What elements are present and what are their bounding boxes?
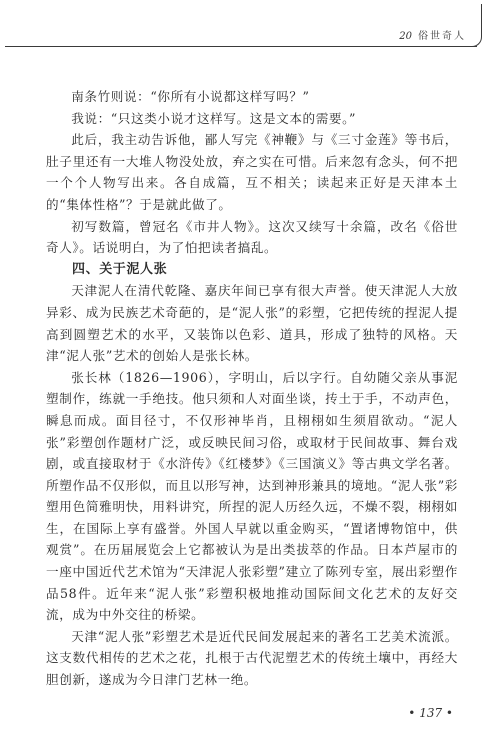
header-rule	[5, 46, 477, 47]
paragraph: 南条竹则说：“你所有小说都这样写吗？”	[46, 86, 458, 108]
book-title: 俗世奇人	[418, 31, 466, 42]
running-head: 20俗世奇人	[399, 27, 466, 42]
paragraph: 天津泥人在清代乾隆、嘉庆年间已享有很大声誉。使天津泥人大放异彩、成为民族艺术奇葩…	[46, 280, 458, 366]
page-number: • 137 •	[0, 706, 500, 720]
paragraph: 张长林（1826—1906），字明山，后以字行。自幼随父亲从事泥塑制作，练就一手…	[46, 367, 458, 626]
chapter-number: 20	[399, 31, 412, 42]
paragraph: 此后，我主动告诉他，鄙人写完《神鞭》与《三寸金莲》等书后，肚子里还有一大堆人物没…	[46, 129, 458, 215]
page-body: 南条竹则说：“你所有小说都这样写吗？” 我说：“只这类小说才这样写。这是文本的需…	[46, 86, 458, 691]
header-corner-rule	[465, 4, 482, 47]
section-heading: 四、关于泥人张	[46, 259, 458, 281]
paragraph: 我说：“只这类小说才这样写。这是文本的需要。”	[46, 108, 458, 130]
paragraph: 初写数篇，曾冠名《市井人物》。这次又续写十余篇，改名《俗世奇人》。话说明白，为了…	[46, 216, 458, 259]
paragraph: 天津“泥人张”彩塑艺术是近代民间发展起来的著名工艺美术流派。这支数代相传的艺术之…	[46, 626, 458, 691]
